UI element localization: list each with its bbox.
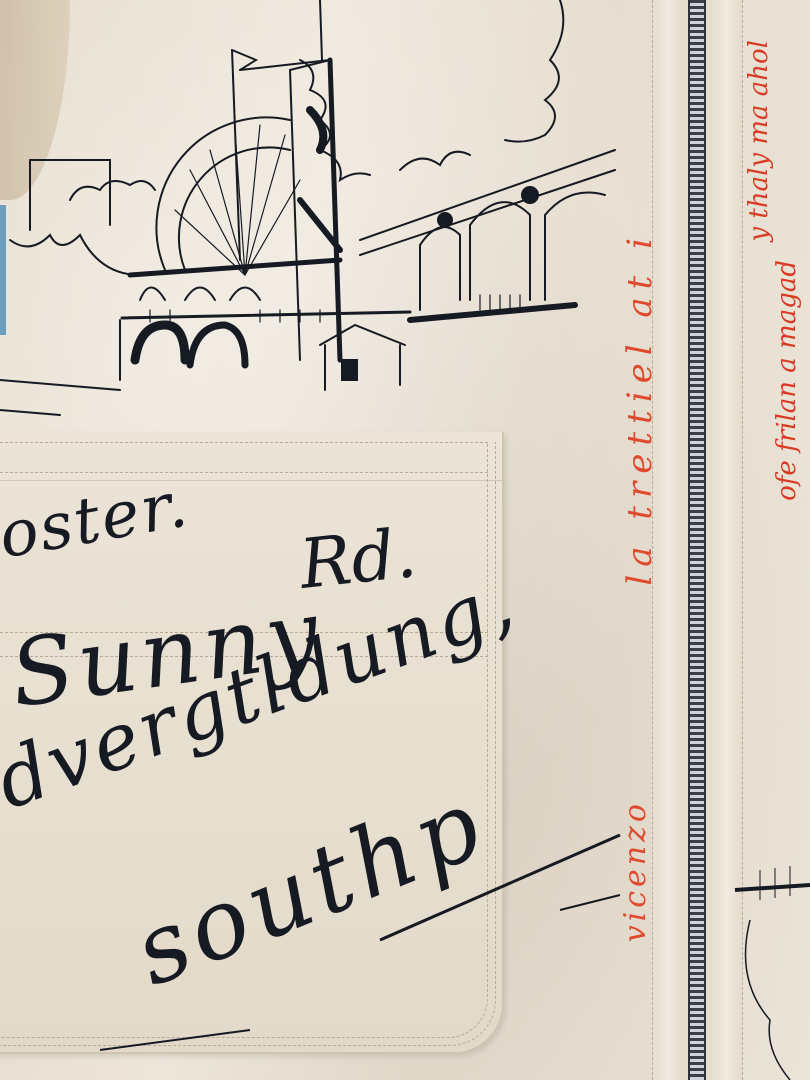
zipper[interactable]	[682, 0, 712, 1080]
zipper-placket-left	[652, 0, 683, 1080]
red-script-vertical: vicenzo	[618, 800, 653, 942]
red-script-column: ofe frilan a magad	[772, 260, 802, 501]
sketch-fragment-right	[730, 860, 810, 1080]
pier-sketch-illustration	[0, 0, 640, 420]
zipper-teeth	[688, 0, 706, 1080]
red-script-column: y thaly ma ahol	[744, 40, 774, 242]
